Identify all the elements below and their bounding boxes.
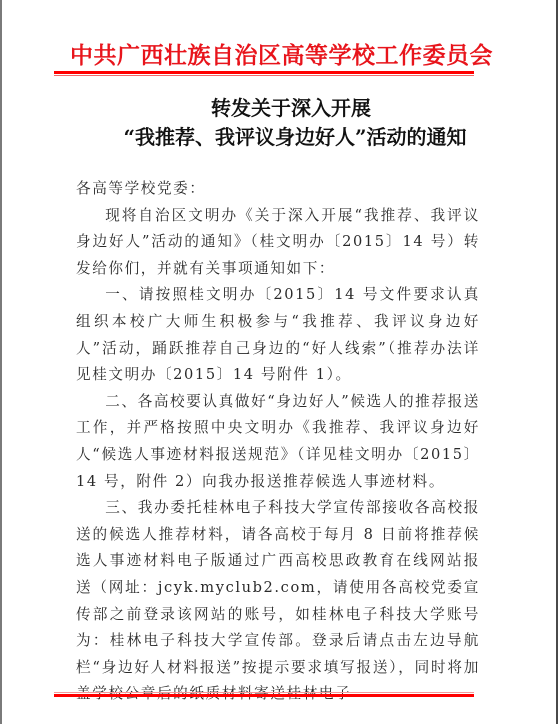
document-heading-line2: “我推荐、我评议身边好人”活动的通知: [16, 121, 558, 150]
issuing-organization-title: 中共广西壮族自治区高等学校工作委员会: [70, 37, 480, 70]
salutation: 各高等学校党委：: [76, 176, 480, 203]
paragraph-item-2: 二、各高校要认真做好“身边好人”候选人的推荐报送工作，并严格按照中央文明办《我推…: [76, 389, 480, 495]
paragraph-intro: 现将自治区文明办《关于深入开展“我推荐、我评议身边好人”活动的通知》（桂文明办〔…: [76, 203, 480, 283]
footer-red-rule: [54, 694, 474, 697]
paragraph-item-1: 一、请按照桂文明办〔2015〕14 号文件要求认真组织本校广大师生积极参与“我推…: [76, 282, 480, 388]
document-body: 各高等学校党委： 现将自治区文明办《关于深入开展“我推荐、我评议身边好人”活动的…: [76, 176, 480, 708]
footer-red-rule-thin: [54, 692, 474, 693]
page-border-left: [0, 0, 2, 724]
paragraph-item-3: 三、我办委托桂林电子科技大学宣传部接收各高校报送的候选人推荐材料，请各高校于每月…: [76, 495, 480, 708]
header-red-rule: [54, 71, 474, 74]
document-heading-line1: 转发关于深入开展: [12, 92, 558, 121]
header-red-rule-thin: [54, 75, 474, 76]
